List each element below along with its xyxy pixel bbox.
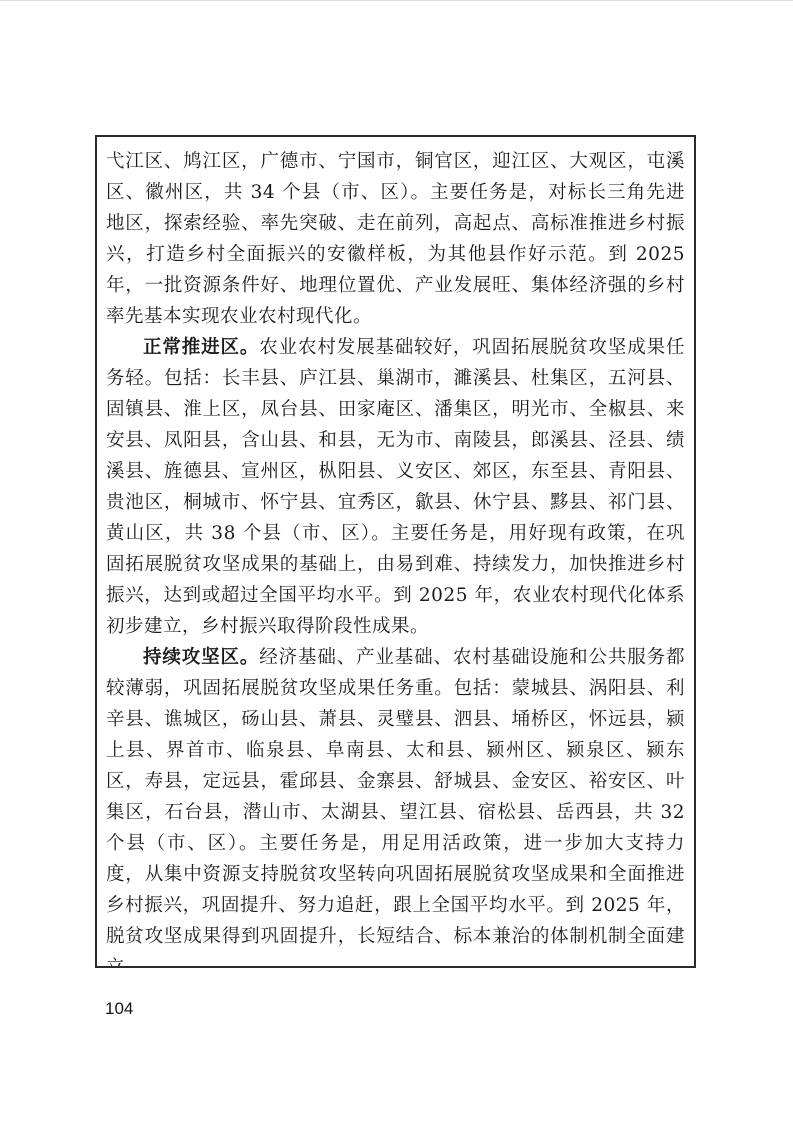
paragraph-lead: 正常推进区。 [143, 337, 259, 358]
paragraph-text: 经济基础、产业基础、农村基础设施和公共服务都较薄弱，巩固拓展脱贫攻坚成果任务重。… [106, 647, 685, 968]
content-box: 弋江区、鸠江区，广德市、宁国市，铜官区，迎江区、大观区，屯溪区、徽州区，共 34… [95, 135, 696, 968]
paragraph-text: 弋江区、鸠江区，广德市、宁国市，铜官区，迎江区、大观区，屯溪区、徽州区，共 34… [106, 151, 685, 327]
page-number: 104 [105, 999, 133, 1019]
document-page: 弋江区、鸠江区，广德市、宁国市，铜官区，迎江区、大观区，屯溪区、徽州区，共 34… [0, 0, 793, 1122]
paragraph-continuation: 弋江区、鸠江区，广德市、宁国市，铜官区，迎江区、大观区，屯溪区、徽州区，共 34… [106, 146, 685, 332]
paragraph-normal-advance-zone: 正常推进区。农业农村发展基础较好，巩固拓展脱贫攻坚成果任务轻。包括：长丰县、庐江… [106, 332, 685, 642]
paragraph-continued-tackling-zone: 持续攻坚区。经济基础、产业基础、农村基础设施和公共服务都较薄弱，巩固拓展脱贫攻坚… [106, 642, 685, 968]
paragraph-lead: 持续攻坚区。 [143, 647, 259, 668]
paragraph-text: 农业农村发展基础较好，巩固拓展脱贫攻坚成果任务轻。包括：长丰县、庐江县、巢湖市，… [106, 337, 685, 637]
scan-edge-artifact [0, 0, 793, 1]
